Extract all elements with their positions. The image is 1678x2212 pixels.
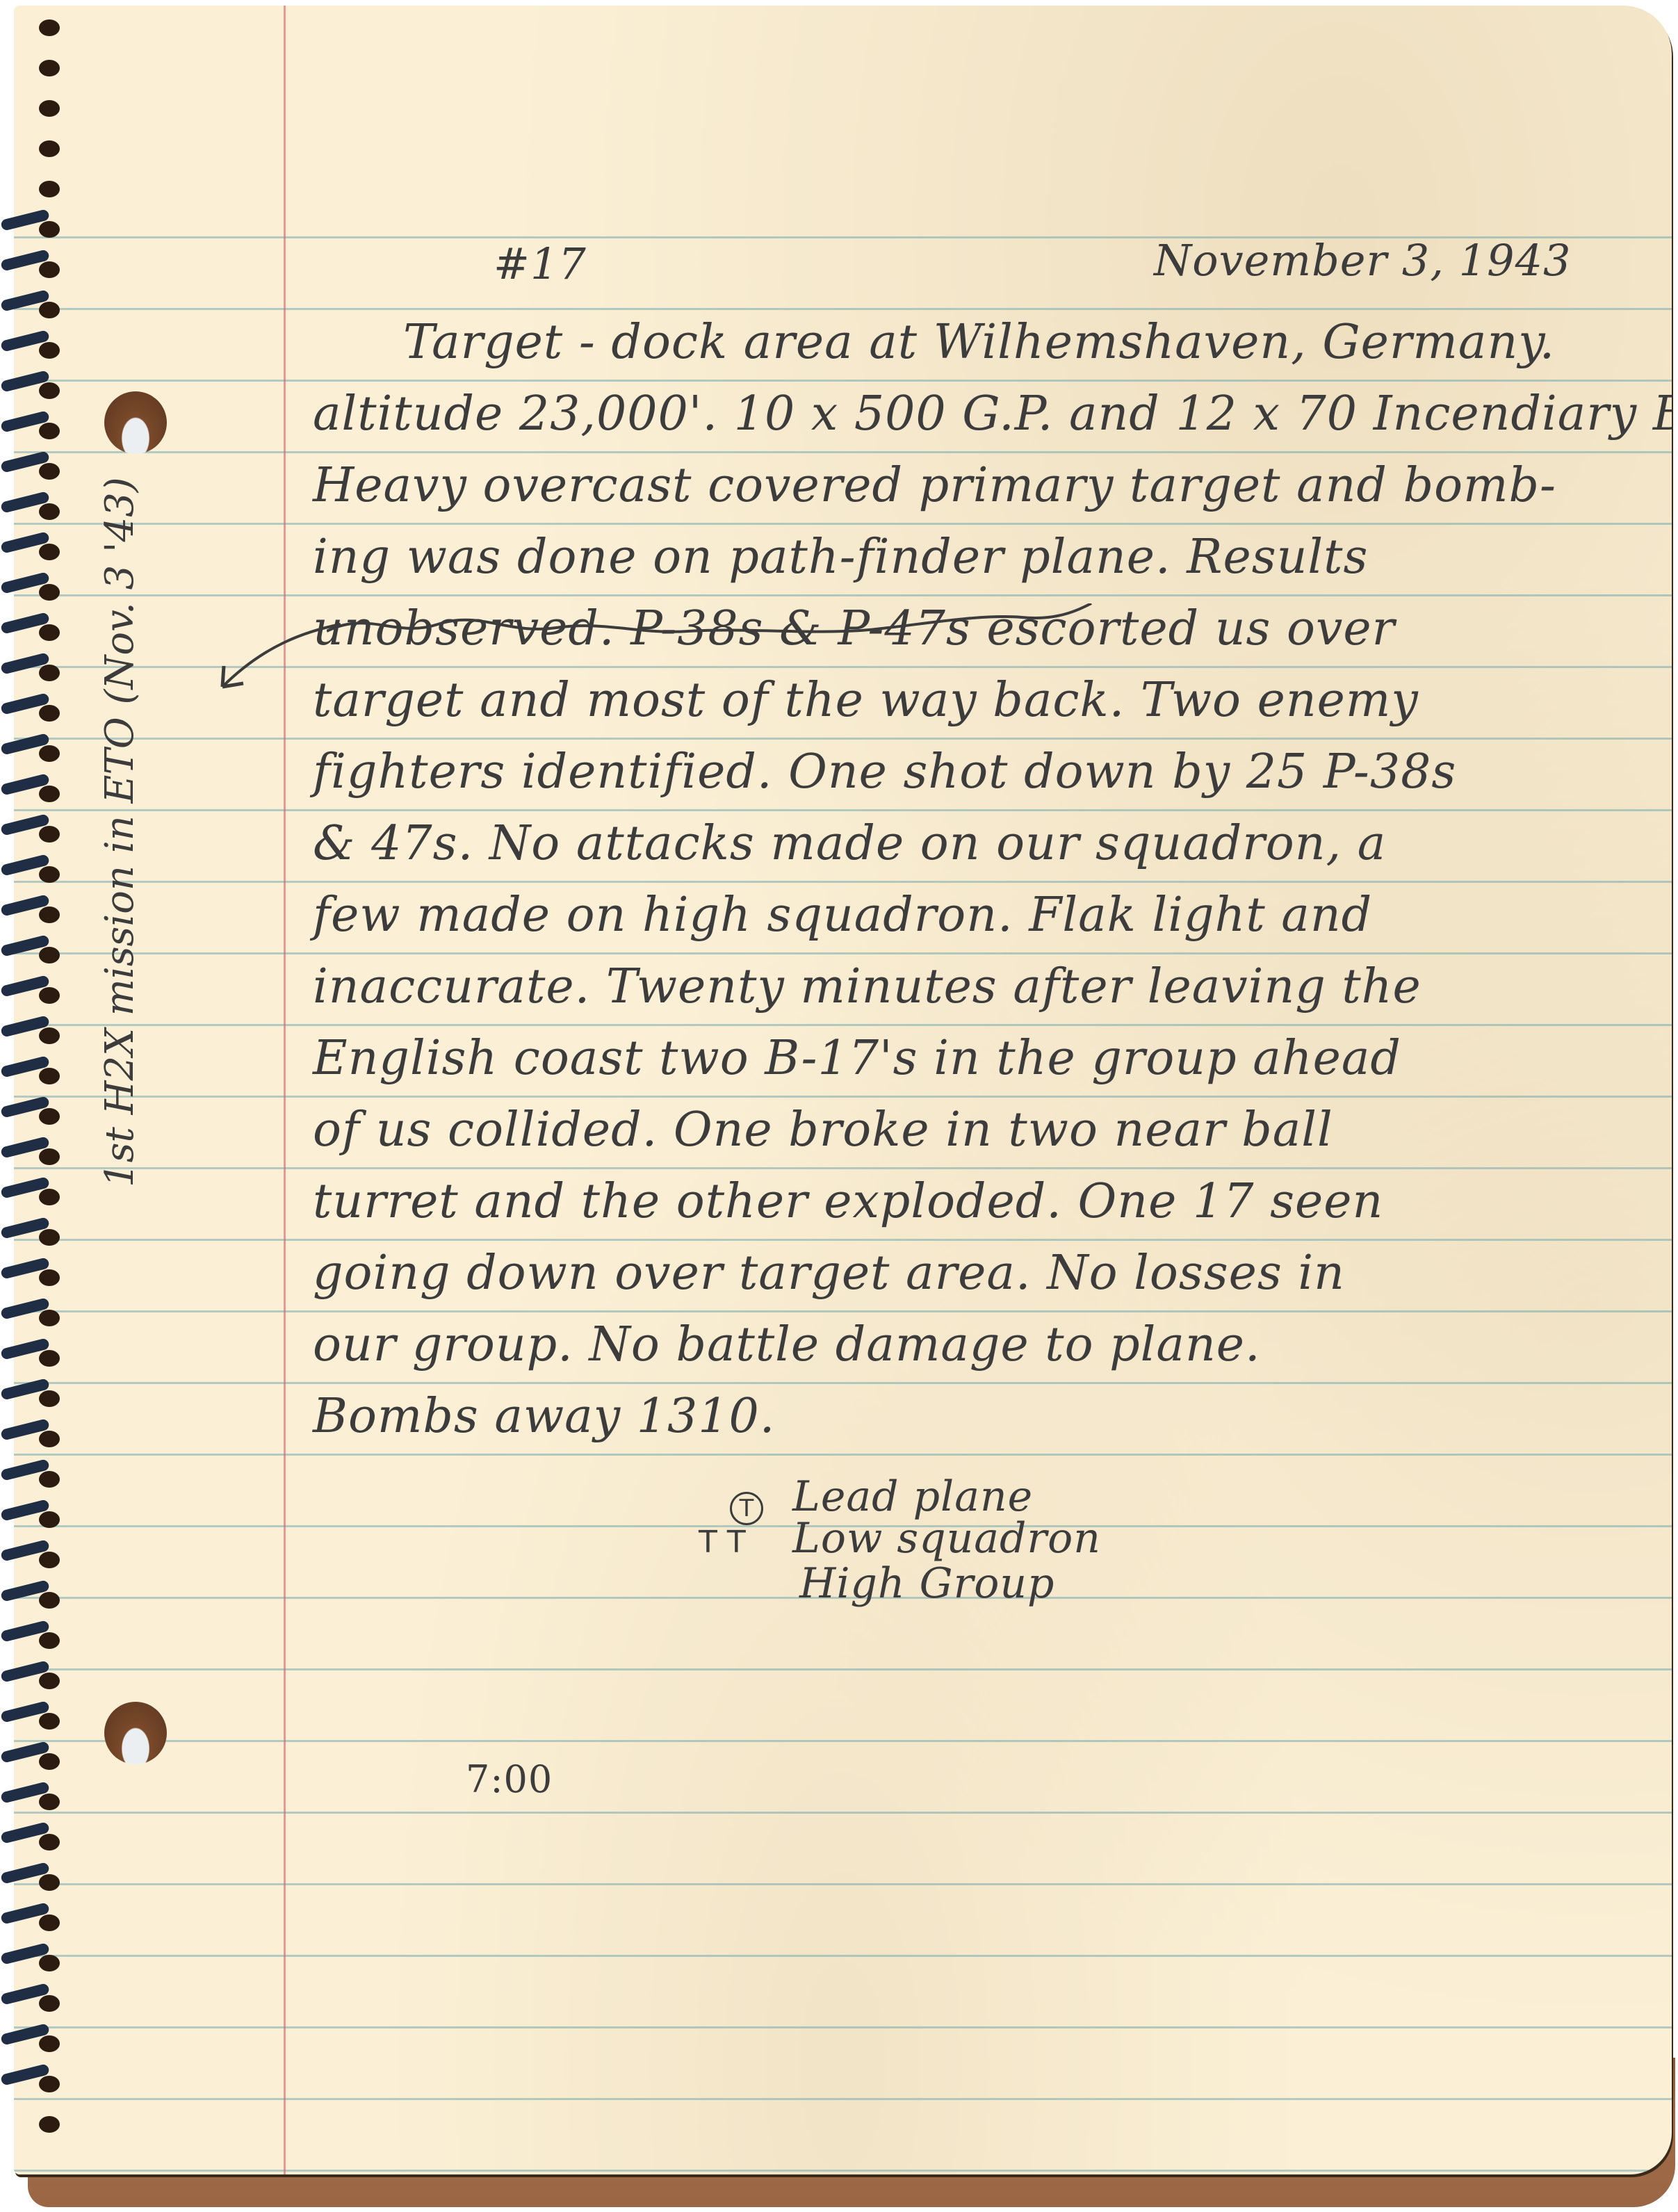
entry-line: Bombs away 1310. — [313, 1389, 775, 1444]
lead-plane-symbol: T — [730, 1492, 763, 1525]
entry-line: fighters identified. One shot down by 25… — [313, 745, 1456, 799]
perforation-hole — [39, 584, 60, 601]
perforation-hole — [39, 2116, 60, 2133]
binder-hole-top — [104, 391, 167, 454]
perforation-hole — [39, 2076, 60, 2092]
perforation-hole — [39, 1027, 60, 1044]
perforation-hole — [39, 1471, 60, 1488]
perforation-hole — [39, 463, 60, 480]
entry-line: & 47s. No attacks made on our squadron, … — [313, 816, 1386, 871]
perforation-hole — [39, 705, 60, 722]
perforation-hole — [39, 302, 60, 318]
perforation-hole — [39, 1753, 60, 1770]
perforation-hole — [39, 1955, 60, 1971]
perforation-hole — [39, 947, 60, 963]
entry-line: target and most of the way back. Two ene… — [313, 673, 1419, 728]
perforation-hole — [39, 1995, 60, 2012]
perforation-hole — [39, 624, 60, 641]
perforation-hole — [39, 1673, 60, 1689]
perforation-hole — [39, 906, 60, 923]
binder-hole-bottom — [104, 1702, 167, 1764]
perforation-hole — [39, 745, 60, 762]
red-margin-line — [284, 6, 286, 2174]
low-squadron-symbol: T T — [699, 1524, 746, 1560]
perforation-hole — [39, 544, 60, 560]
perforation-hole — [39, 1310, 60, 1326]
entry-line: Heavy overcast covered primary target an… — [313, 458, 1556, 513]
entry-line: of us collided. One broke in two near ba… — [313, 1103, 1333, 1157]
perforation-hole — [39, 100, 60, 117]
entry-line: ing was done on path-finder plane. Resul… — [313, 530, 1368, 585]
perforation-hole — [39, 221, 60, 238]
perforation-hole — [39, 1390, 60, 1407]
perforation-hole — [39, 1874, 60, 1891]
entry-line: our group. No battle damage to plane. — [313, 1317, 1261, 1372]
perforation-hole — [39, 1834, 60, 1851]
legend-low-squadron: Low squadron — [792, 1514, 1101, 1563]
perforation-hole — [39, 181, 60, 197]
perforation-hole — [39, 261, 60, 278]
perforation-hole — [39, 1794, 60, 1810]
perforation-hole — [39, 786, 60, 802]
perforation-hole — [39, 1108, 60, 1125]
entry-line: inaccurate. Twenty minutes after leaving… — [313, 959, 1422, 1014]
perforation-hole — [39, 1713, 60, 1730]
perforation-hole — [39, 1592, 60, 1609]
entry-line: English coast two B-17's in the group ah… — [313, 1031, 1401, 1086]
perforation-hole — [39, 665, 60, 681]
entry-line: Target - dock area at Wilhemshaven, Germ… — [403, 315, 1555, 370]
entry-date: November 3, 1943 — [1154, 235, 1571, 286]
perforation-hole — [39, 866, 60, 883]
perforation-hole — [39, 1511, 60, 1528]
perforation-hole — [39, 423, 60, 439]
perforation-hole — [39, 19, 60, 36]
notebook-page: 1st H2X mission in ETO (Nov. 3 '43) #17 … — [14, 6, 1672, 2174]
entry-number: #17 — [494, 238, 587, 289]
perforation-hole — [39, 1189, 60, 1205]
perforation-hole — [39, 1552, 60, 1568]
perforation-hole — [39, 1431, 60, 1447]
perforation-hole — [39, 140, 60, 157]
perforation-hole — [39, 1148, 60, 1165]
perforation-hole — [39, 503, 60, 520]
perforation-hole — [39, 826, 60, 843]
perforation-hole — [39, 1350, 60, 1367]
perforation-hole — [39, 1632, 60, 1649]
entry-line: going down over target area. No losses i… — [313, 1246, 1345, 1301]
perforation-hole — [39, 987, 60, 1004]
perforation-hole — [39, 1068, 60, 1084]
entry-line: few made on high squadron. Flak light an… — [313, 888, 1372, 943]
perforation-hole — [39, 2035, 60, 2052]
legend-high-group: High Group — [799, 1559, 1054, 1608]
perforation-hole — [39, 60, 60, 76]
perforation-hole — [39, 1914, 60, 1931]
flight-time: 7:00 — [466, 1757, 553, 1801]
entry-line: turret and the other exploded. One 17 se… — [313, 1174, 1383, 1229]
perforation-hole — [39, 382, 60, 399]
perforation-hole — [39, 1229, 60, 1246]
entry-line: altitude 23,000'. 10 x 500 G.P. and 12 x… — [313, 387, 1672, 441]
entry-line: unobserved. P-38s & P-47s escorted us ov… — [313, 601, 1395, 656]
perforation-hole — [39, 1269, 60, 1286]
margin-note: 1st H2X mission in ETO (Nov. 3 '43) — [97, 477, 142, 1187]
perforation-hole — [39, 342, 60, 359]
